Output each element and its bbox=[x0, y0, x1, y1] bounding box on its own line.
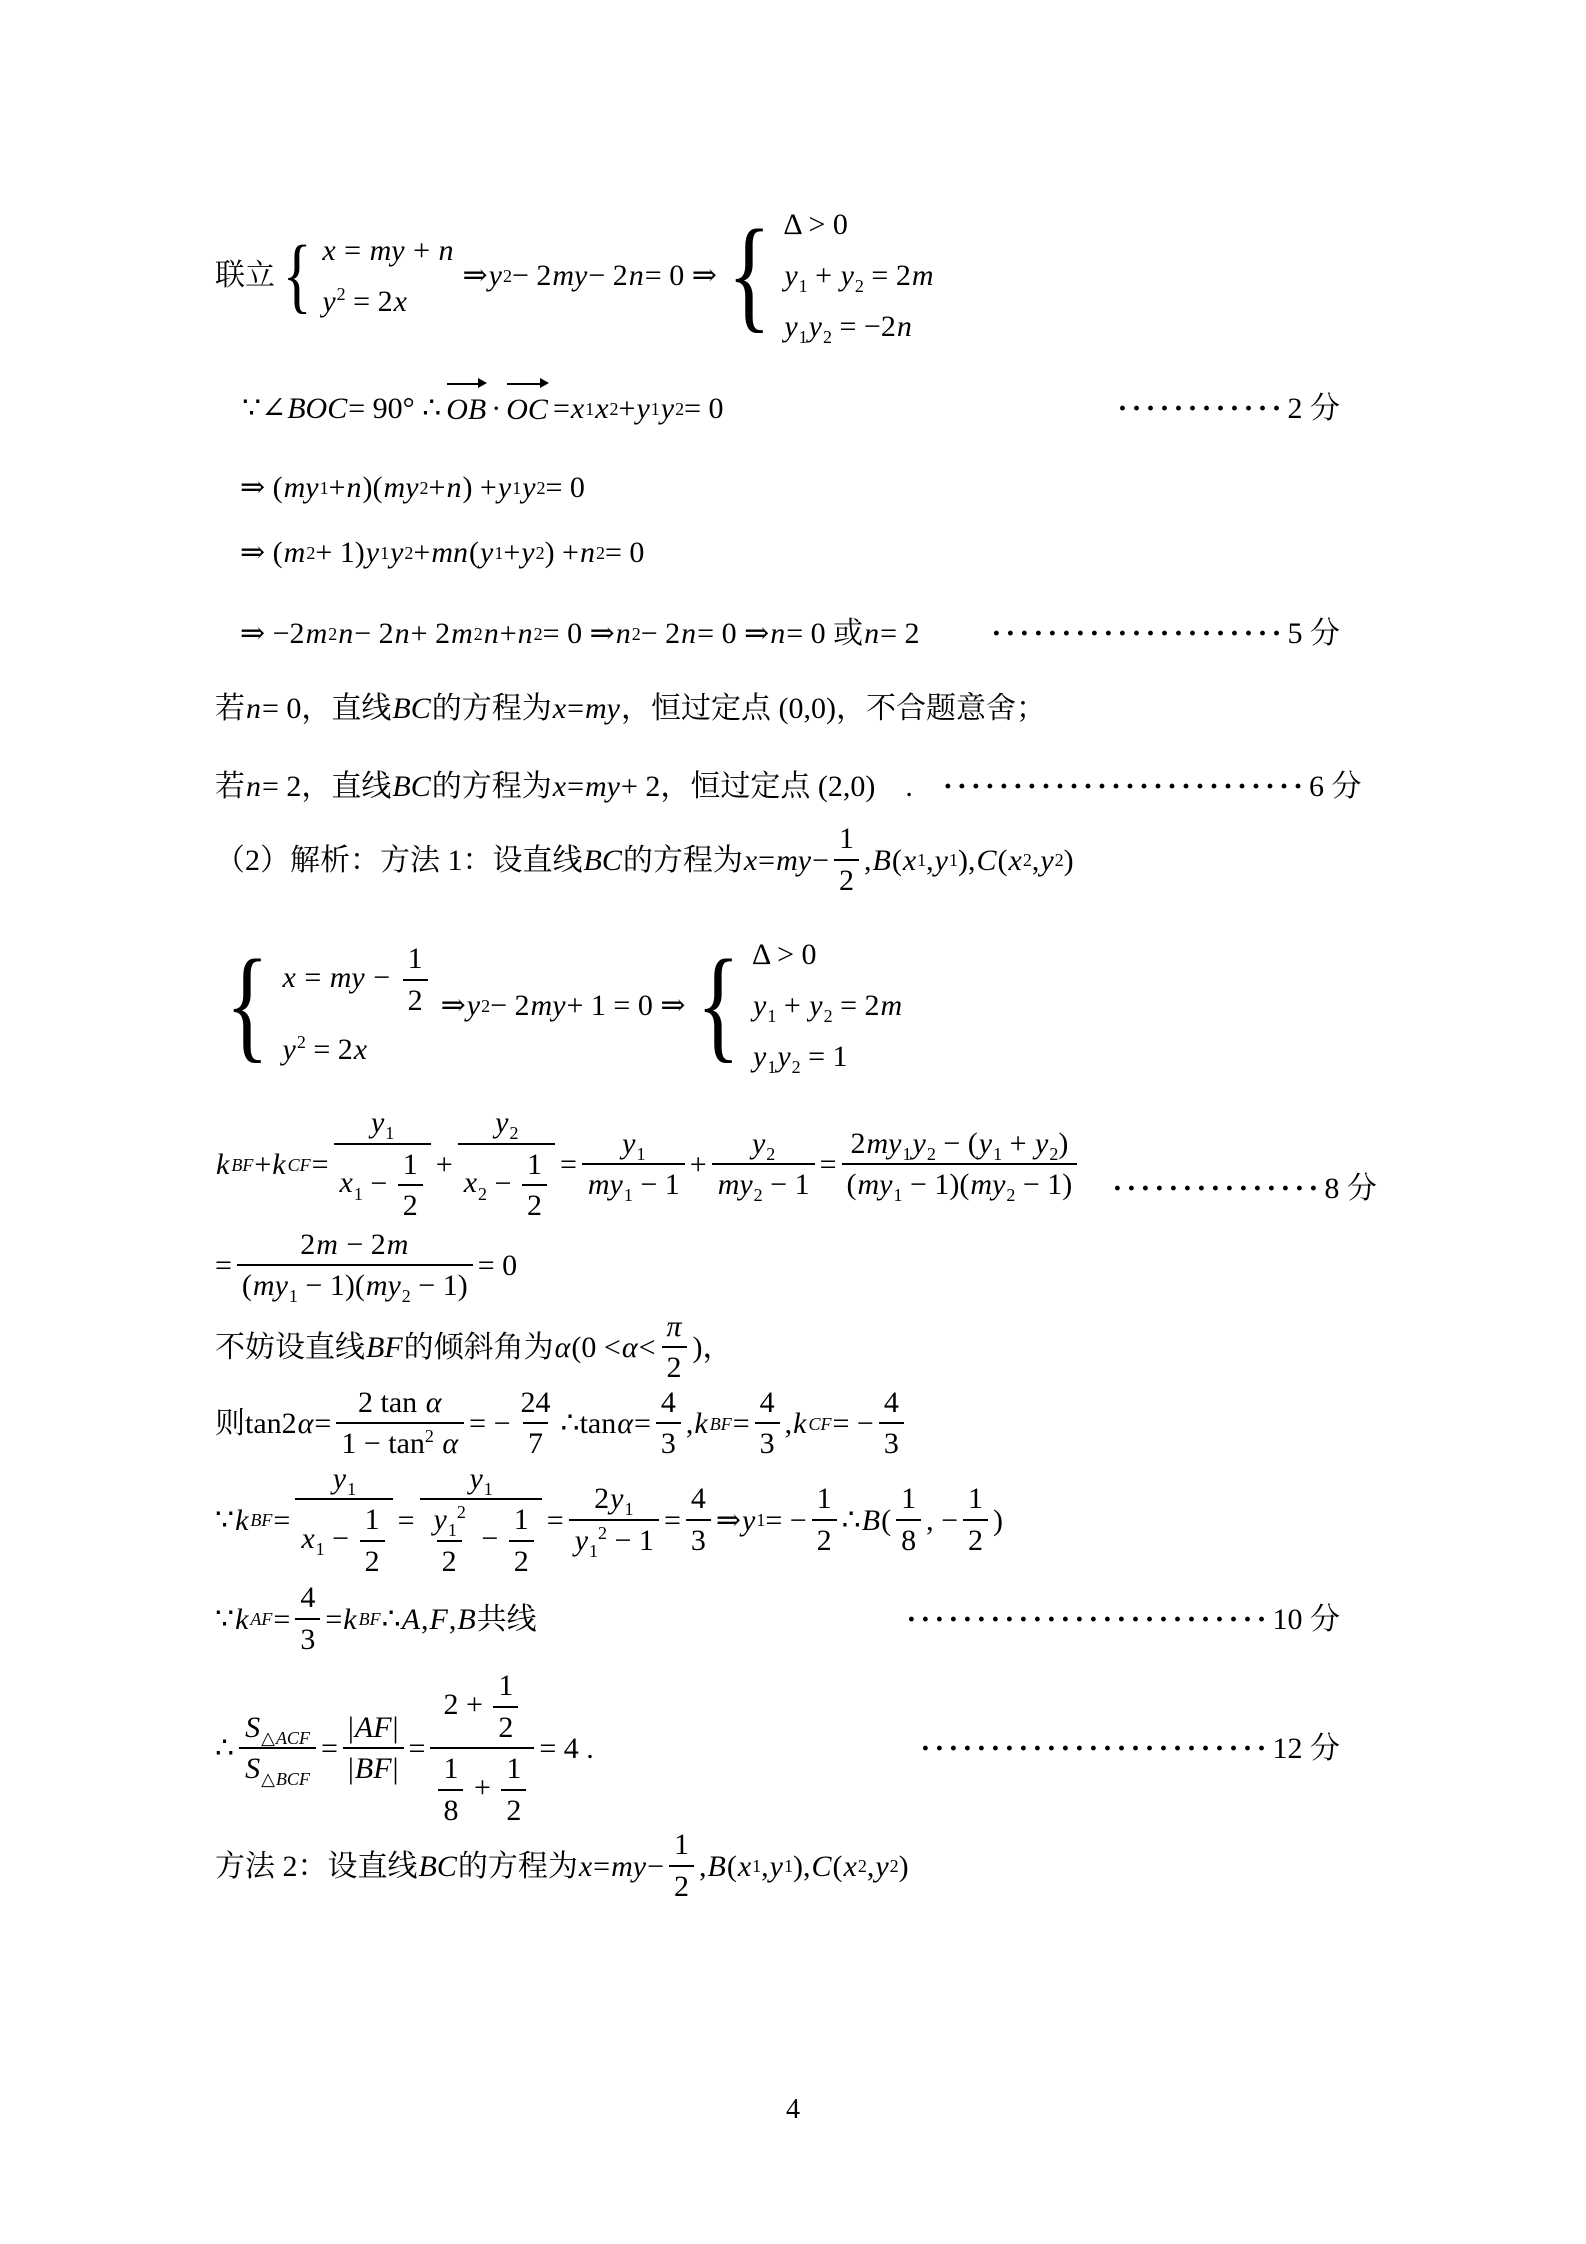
formula-content: 联立{x = my + ny2 = 2x ⇒ y2 − 2my − 2n = 0… bbox=[215, 205, 943, 346]
score-label: 2 分 bbox=[1288, 389, 1341, 428]
score-mark: ···············8 分 bbox=[1082, 1169, 1377, 1208]
score-mark: ············2 分 bbox=[1087, 389, 1340, 428]
eq-system-substitution-1: 联立{x = my + ny2 = 2x ⇒ y2 − 2my − 2n = 0… bbox=[215, 205, 1340, 346]
dotted-leader: ························· bbox=[920, 1729, 1270, 1768]
score-mark: ·························12 分 bbox=[890, 1729, 1340, 1768]
method2-setup: 方法 2：设直线 BC 的方程为 x = my − 12, B(x1, y1),… bbox=[215, 1828, 1340, 1904]
setup-angle-alpha: 不妨设直线 BF 的倾斜角为 α(0 < α < π2)， bbox=[215, 1310, 1340, 1386]
eq-system-substitution-2: {x = my − 12y2 = 2x ⇒ y2 − 2my + 1 = 0 ⇒… bbox=[215, 935, 1340, 1076]
formula-content: = 2m − 2m(my1 − 1)(my2 − 1) = 0 bbox=[215, 1228, 517, 1304]
dotted-leader: ····················· bbox=[991, 614, 1285, 653]
formula-content: ⇒ (m2 + 1)y1y2 + mn(y1 + y2) + n2 = 0 bbox=[240, 533, 644, 572]
score-label: 5 分 bbox=[1288, 614, 1341, 653]
page-number: 4 bbox=[0, 2094, 1586, 2126]
score-mark: ··························10 分 bbox=[876, 1600, 1340, 1639]
formula-content: {x = my − 12y2 = 2x ⇒ y2 − 2my + 1 = 0 ⇒… bbox=[215, 935, 911, 1076]
eq-kaf-collinear: ∵ kAF = 43 = kBF ∴ A, F, B 共线···········… bbox=[215, 1581, 1340, 1657]
content: 联立{x = my + ny2 = 2x ⇒ y2 − 2my − 2n = 0… bbox=[215, 0, 1340, 1904]
eq-boc-dot-product: ∵∠BOC = 90° ∴OB · OC = x1x2 + y1y2 = 0··… bbox=[242, 388, 1340, 429]
part2-method1-setup: （2）解析：方法 1：设直线 BC 的方程为 x = my − 12, B(x1… bbox=[215, 822, 1340, 898]
dotted-leader: ·························· bbox=[906, 1600, 1270, 1639]
formula-content: 则 tan 2α = 2 tan α1 − tan2 α = −247 ∴ ta… bbox=[215, 1386, 909, 1462]
eq-area-ratio: ∴ S△ACFS△BCF = |AF||BF| = 2 + 1218 + 12 … bbox=[215, 1669, 1340, 1828]
score-label: 12 分 bbox=[1273, 1729, 1341, 1768]
formula-content: ∵∠BOC = 90° ∴OB · OC = x1x2 + y1y2 = 0 bbox=[242, 388, 724, 429]
formula-content: kBF + kCF = y1x1 − 12 + y2x2 − 12 = y1my… bbox=[215, 1106, 1082, 1224]
eq-solve-n: ⇒ −2m2n − 2n + 2m2n + n2 = 0 ⇒ n2 − 2n =… bbox=[240, 614, 1340, 653]
formula-content: ∵ kAF = 43 = kBF ∴ A, F, B 共线 bbox=[215, 1581, 537, 1657]
dotted-leader: ·························· bbox=[943, 767, 1307, 806]
dotted-leader: ··············· bbox=[1112, 1169, 1322, 1208]
case-n-equals-2: 若 n = 2，直线 BC 的方程为 x = my + 2，恒过定点 (2,0)… bbox=[215, 767, 1340, 806]
formula-content: ⇒ −2m2n − 2n + 2m2n + n2 = 0 ⇒ n2 − 2n =… bbox=[240, 614, 920, 653]
formula-content: 方法 2：设直线 BC 的方程为 x = my − 12, B(x1, y1),… bbox=[215, 1828, 909, 1904]
formula-content: （2）解析：方法 1：设直线 BC 的方程为 x = my − 12, B(x1… bbox=[215, 822, 1074, 898]
eq-kbf-kcf-zero: = 2m − 2m(my1 − 1)(my2 − 1) = 0 bbox=[215, 1228, 1340, 1304]
eq-expand-1: ⇒ (my1 + n)(my2 + n) + y1y2 = 0 bbox=[240, 468, 1340, 507]
eq-expand-2: ⇒ (m2 + 1)y1y2 + mn(y1 + y2) + n2 = 0 bbox=[240, 533, 1340, 572]
formula-content: 不妨设直线 BF 的倾斜角为 α(0 < α < π2)， bbox=[215, 1310, 733, 1386]
case-n-equals-0: 若 n = 0，直线 BC 的方程为 x = my，恒过定点 (0,0)，不合题… bbox=[215, 689, 1340, 728]
formula-content: 若 n = 2，直线 BC 的方程为 x = my + 2，恒过定点 (2,0)… bbox=[215, 767, 913, 806]
formula-content: ∵ kBF = y1x1 − 12 = y1y122 − 12 = 2y1y12… bbox=[215, 1462, 1003, 1580]
score-mark: ·····················5 分 bbox=[961, 614, 1340, 653]
score-label: 6 分 bbox=[1309, 767, 1362, 806]
formula-content: ∴ S△ACFS△BCF = |AF||BF| = 2 + 1218 + 12 … bbox=[215, 1669, 594, 1828]
formula-content: 若 n = 0，直线 BC 的方程为 x = my，恒过定点 (0,0)，不合题… bbox=[215, 689, 1046, 728]
score-mark: ··························6 分 bbox=[913, 767, 1362, 806]
dotted-leader: ············ bbox=[1117, 389, 1285, 428]
score-label: 10 分 bbox=[1273, 1600, 1341, 1639]
score-label: 8 分 bbox=[1324, 1169, 1377, 1208]
eq-kbf-solve-y1: ∵ kBF = y1x1 − 12 = y1y122 − 12 = 2y1y12… bbox=[215, 1462, 1340, 1580]
formula-content: ⇒ (my1 + n)(my2 + n) + y1y2 = 0 bbox=[240, 468, 585, 507]
eq-tan-2alpha: 则 tan 2α = 2 tan α1 − tan2 α = −247 ∴ ta… bbox=[215, 1386, 1340, 1462]
document-page: 联立{x = my + ny2 = 2x ⇒ y2 − 2my − 2n = 0… bbox=[0, 0, 1586, 2244]
eq-kbf-kcf-sum: kBF + kCF = y1x1 − 12 + y2x2 − 12 = y1my… bbox=[215, 1106, 1340, 1224]
